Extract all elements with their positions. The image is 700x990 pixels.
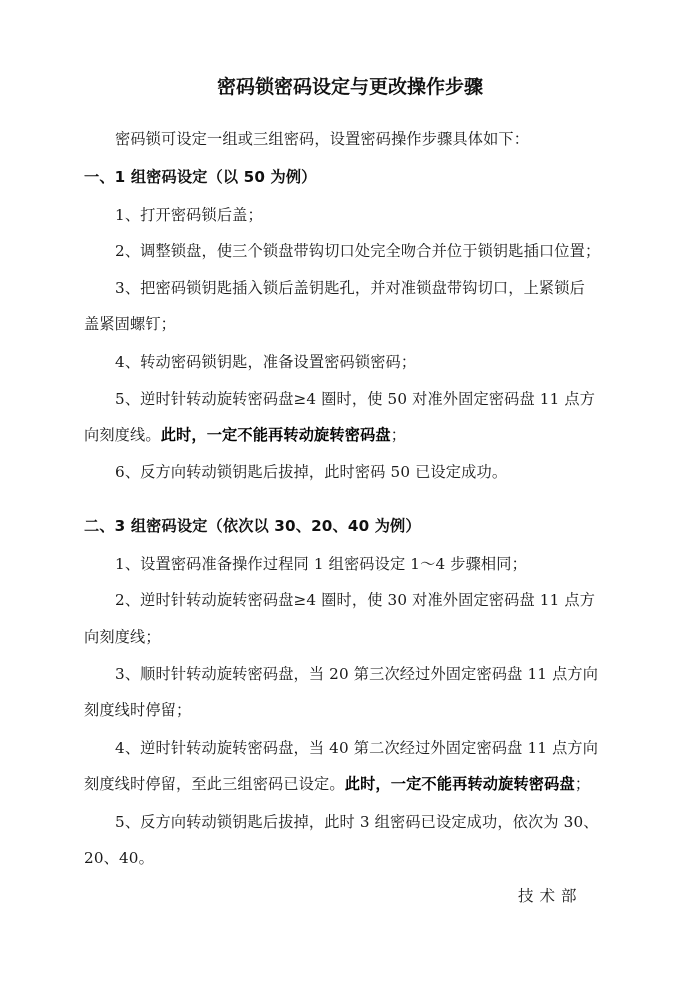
section-2-heading: 二、3 组密码设定（依次以 30、20、40 为例） xyxy=(84,516,624,536)
warning-text: 此时，一定不能再转动旋转密码盘 xyxy=(345,775,575,793)
section-1-step-5-cont: 向刻度线。此时，一定不能再转动旋转密码盘； xyxy=(84,425,624,445)
section-1-step-4: 4、转动密码锁钥匙，准备设置密码锁密码； xyxy=(115,352,655,372)
section-1-step-2: 2、调整锁盘，使三个锁盘带钩切口处完全吻合并位于锁钥匙插口位置； xyxy=(115,241,655,261)
section-2-step-4: 4、逆时针转动旋转密码盘，当 40 第二次经过外固定密码盘 11 点方向 xyxy=(115,738,655,758)
step-text-end: ； xyxy=(575,775,590,793)
section-2-step-2: 2、逆时针转动旋转密码盘≥4 圈时，使 30 对准外固定密码盘 11 点方 xyxy=(115,590,655,610)
section-1-step-6: 6、反方向转动锁钥匙后拔掉，此时密码 50 已设定成功。 xyxy=(115,462,655,482)
step-text: 向刻度线。 xyxy=(84,426,161,444)
section-2-step-4-cont: 刻度线时停留，至此三组密码已设定。此时，一定不能再转动旋转密码盘； xyxy=(84,774,624,794)
section-2-step-3: 3、顺时针转动旋转密码盘，当 20 第三次经过外固定密码盘 11 点方向 xyxy=(115,664,655,684)
document-title: 密码锁密码设定与更改操作步骤 xyxy=(0,72,700,99)
section-2-step-1: 1、设置密码准备操作过程同 1 组密码设定 1～4 步骤相同； xyxy=(115,554,655,574)
section-2-step-2-cont: 向刻度线； xyxy=(84,627,624,647)
signature: 技术部 xyxy=(518,884,583,906)
section-2-step-5-cont: 20、40。 xyxy=(84,848,624,868)
step-text: 刻度线时停留，至此三组密码已设定。 xyxy=(84,775,345,793)
document-page: 密码锁密码设定与更改操作步骤 密码锁可设定一组或三组密码，设置密码操作步骤具体如… xyxy=(0,0,700,990)
section-2-step-3-cont: 刻度线时停留； xyxy=(84,700,624,720)
section-1-heading: 一、1 组密码设定（以 50 为例） xyxy=(84,167,624,187)
intro-paragraph: 密码锁可设定一组或三组密码，设置密码操作步骤具体如下： xyxy=(115,129,655,149)
section-1-step-5: 5、逆时针转动旋转密码盘≥4 圈时，使 50 对准外固定密码盘 11 点方 xyxy=(115,389,655,409)
warning-text: 此时，一定不能再转动旋转密码盘 xyxy=(161,426,391,444)
section-1-step-3: 3、把密码锁钥匙插入锁后盖钥匙孔，并对准锁盘带钩切口，上紧锁后 xyxy=(115,278,655,298)
section-1-step-1: 1、打开密码锁后盖； xyxy=(115,205,655,225)
step-text-end: ； xyxy=(391,426,406,444)
section-2-step-5: 5、反方向转动锁钥匙后拔掉，此时 3 组密码已设定成功，依次为 30、 xyxy=(115,812,655,832)
section-1-step-3-cont: 盖紧固螺钉； xyxy=(84,314,624,334)
